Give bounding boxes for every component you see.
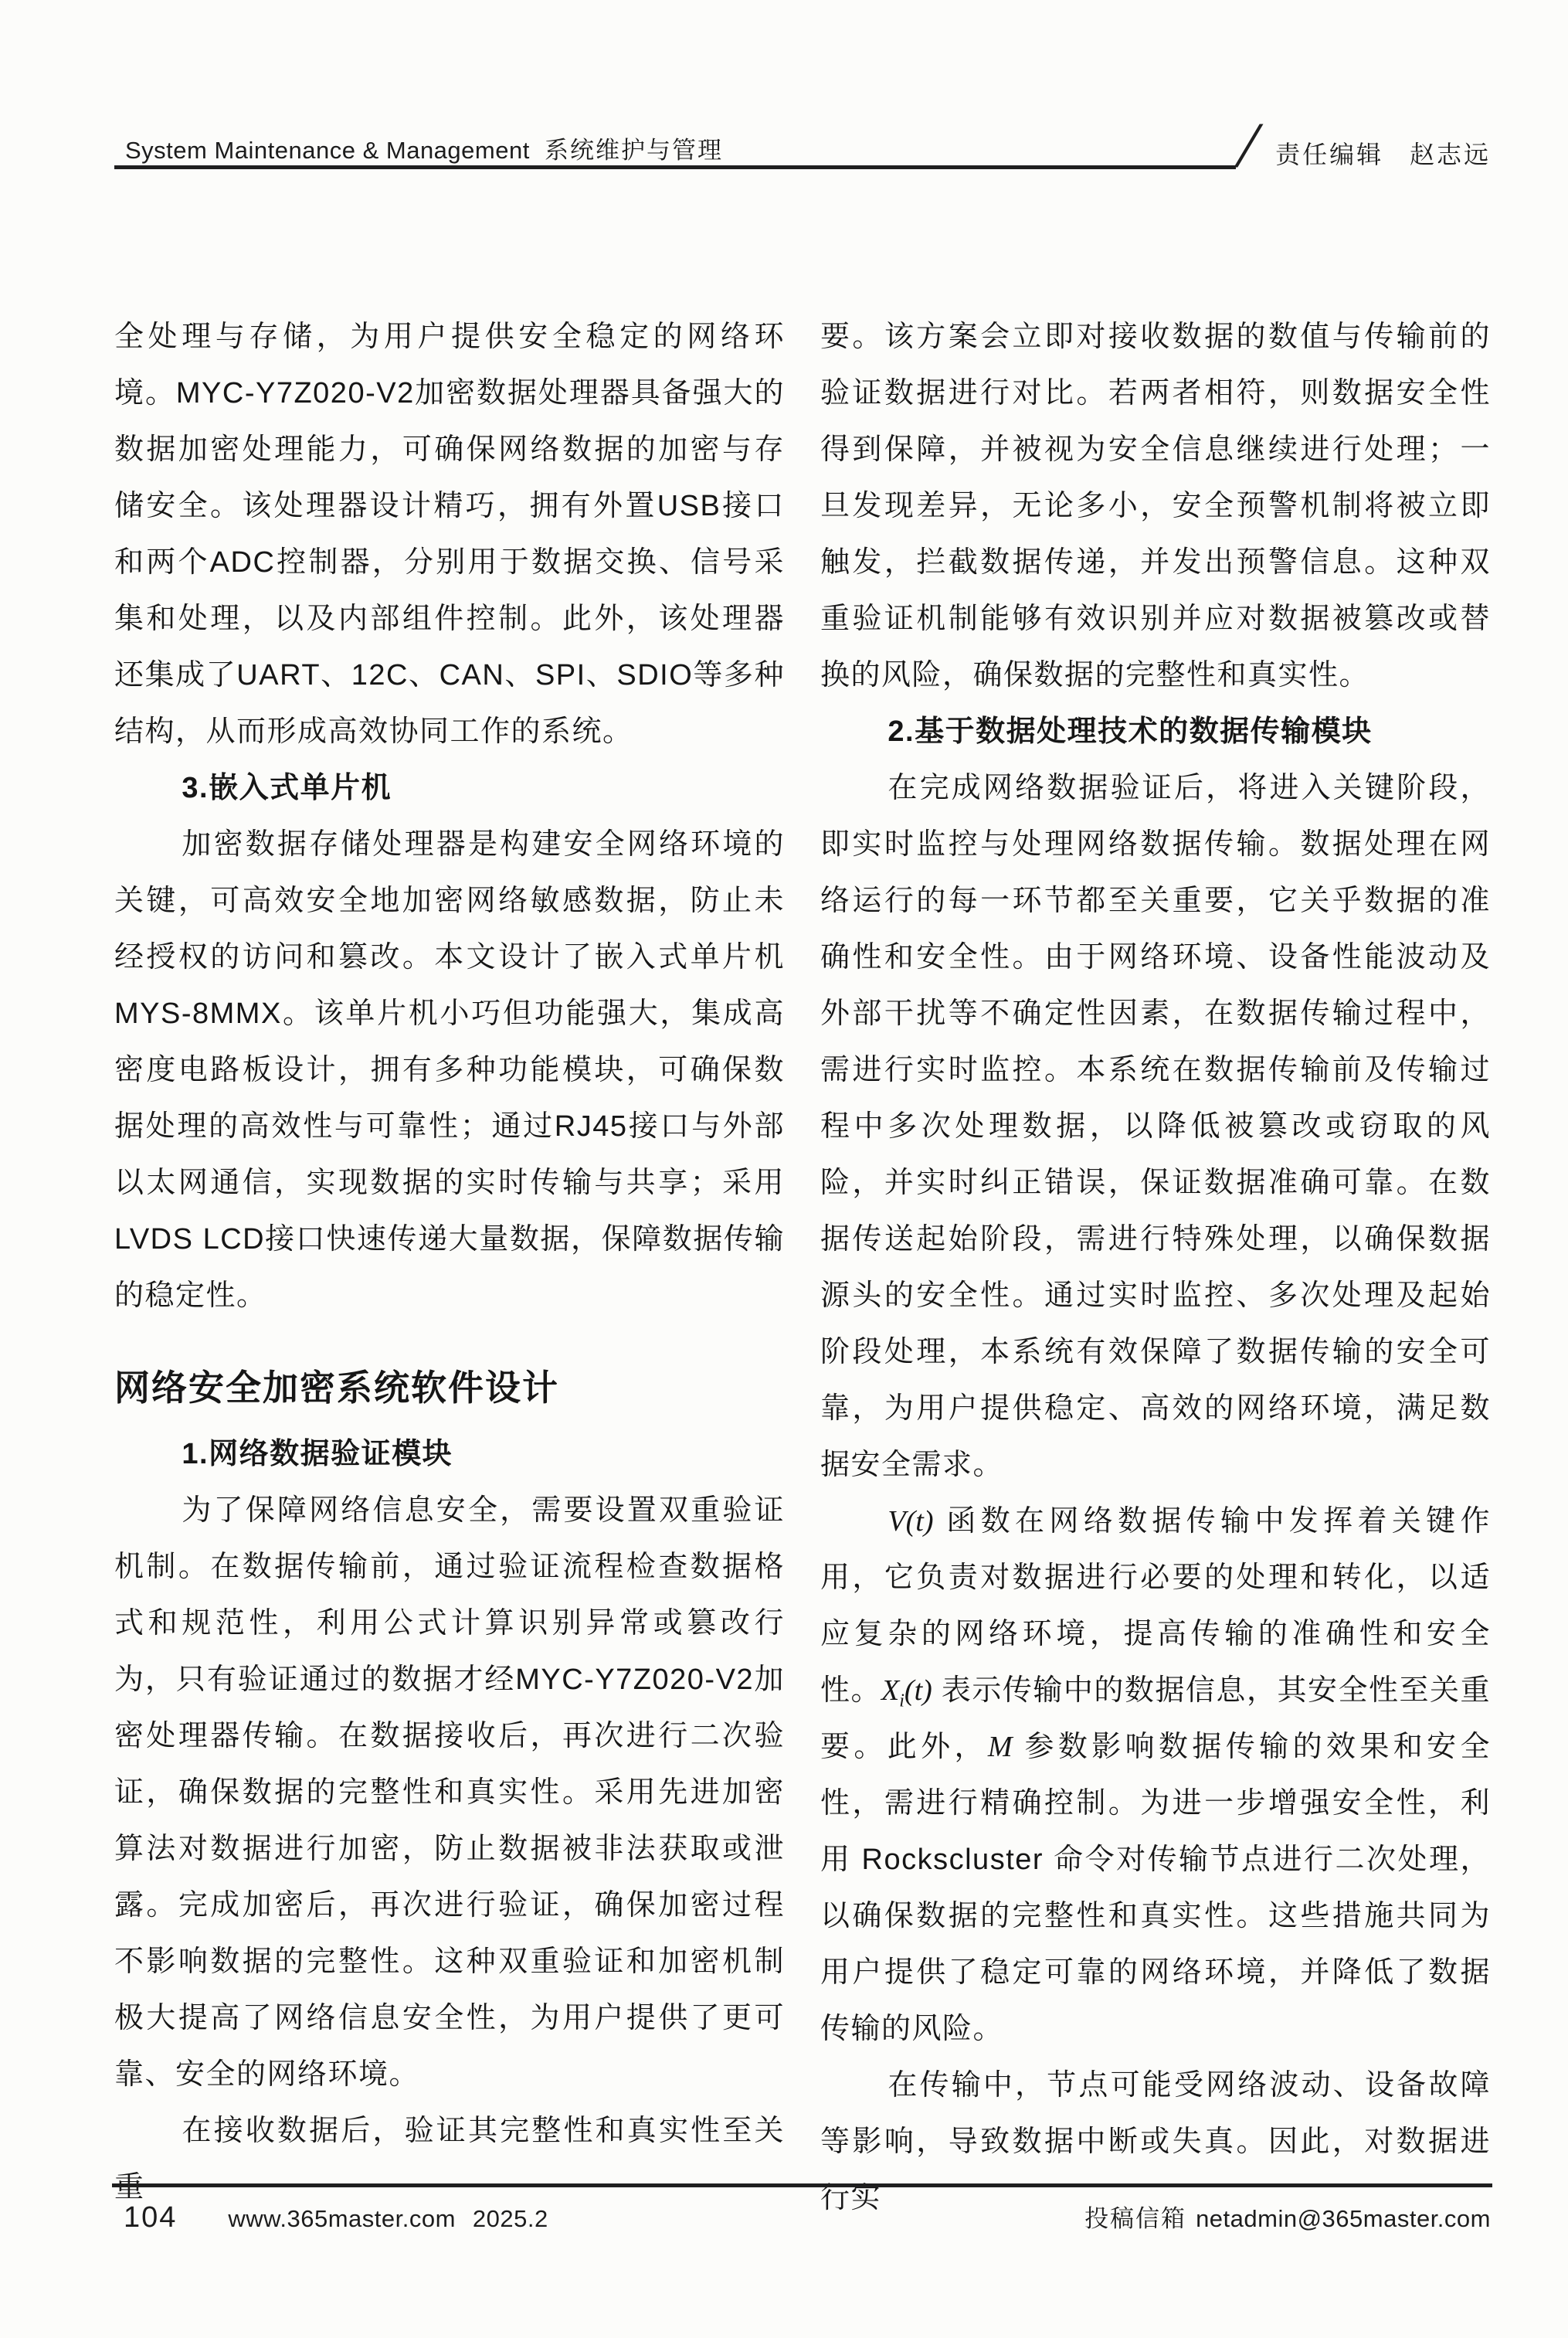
paragraph: 为了保障网络信息安全，需要设置双重验证机制。在数据传输前，通过验证流程检查数据格… — [114, 1483, 785, 2103]
header-title-cn: 系统维护与管理 — [545, 137, 723, 164]
paragraph: 加密数据存储处理器是构建安全网络环境的关键，可高效安全地加密网络敏感数据，防止未… — [114, 817, 785, 1324]
math-run: X — [881, 1674, 899, 1707]
header-rule — [114, 165, 1236, 169]
column-right: 要。该方案会立即对接收数据的数值与传输前的验证数据进行对比。若两者相符，则数据安… — [820, 309, 1491, 2227]
column-left: 全处理与存储，为用户提供安全稳定的网络环境。MYC-Y7Z020-V2加密数据处… — [114, 309, 785, 2227]
text-run: 为了保障网络信息安全，需要设置双重验证机制。在数据传输前，通过验证流程检查数据格… — [114, 1494, 785, 2091]
paragraph: 全处理与存储，为用户提供安全稳定的网络环境。MYC-Y7Z020-V2加密数据处… — [114, 309, 785, 760]
text-run: 加密数据存储处理器是构建安全网络环境的关键，可高效安全地加密网络敏感数据，防止未… — [114, 828, 785, 1312]
math-run: i — [899, 1691, 904, 1711]
site-url: www.365master.com — [228, 2205, 456, 2233]
text-run: 网络安全加密系统软件设计 — [114, 1368, 559, 1408]
issue-date: 2025.2 — [473, 2205, 548, 2233]
text-run: 在完成网络数据验证后，将进入关键阶段，即实时监控与处理网络数据传输。数据处理在网… — [820, 772, 1491, 1481]
editor-credit: 责任编辑 赵志远 — [1275, 141, 1491, 168]
footer-rule — [112, 2183, 1492, 2187]
text-run: 参数影响数据传输的效果和安全性，需进行精确控制。为进一步增强安全性，利用 Roc… — [820, 1731, 1491, 2045]
header-title: System Maintenance & Management 系统维护与管理 — [125, 138, 723, 164]
text-run: 1.网络数据验证模块 — [182, 1438, 453, 1470]
sub-heading: 3.嵌入式单片机 — [114, 760, 785, 817]
footer: 104 www.365master.com 2025.2 投稿信箱 netadm… — [124, 2199, 1491, 2234]
mailbox: 投稿信箱 netadmin@365master.com — [1084, 2199, 1491, 2234]
magazine-page-scan: System Maintenance & Management 系统维护与管理 … — [0, 0, 1568, 2338]
editor-label: 责任编辑 — [1275, 141, 1383, 168]
slash-divider: ╱ — [1236, 124, 1261, 170]
text-run: 在接收数据后，验证其完整性和真实性至关重 — [114, 2115, 785, 2204]
sub-heading: 2.基于数据处理技术的数据传输模块 — [820, 704, 1491, 760]
page-number: 104 — [124, 2201, 177, 2234]
sub-heading: 1.网络数据验证模块 — [114, 1426, 785, 1483]
header-title-en: System Maintenance & Management — [125, 137, 530, 164]
text-run: 3.嵌入式单片机 — [182, 772, 392, 804]
math-run: V(t) — [888, 1505, 933, 1538]
editor-name: 赵志远 — [1410, 141, 1491, 168]
text-run: 全处理与存储，为用户提供安全稳定的网络环境。MYC-Y7Z020-V2加密数据处… — [114, 321, 785, 748]
math-run: (t) — [904, 1674, 932, 1707]
text-run: 要。该方案会立即对接收数据的数值与传输前的验证数据进行对比。若两者相符，则数据安… — [820, 321, 1491, 692]
section-heading: 网络安全加密系统软件设计 — [114, 1355, 785, 1420]
paragraph: 在完成网络数据验证后，将进入关键阶段，即实时监控与处理网络数据传输。数据处理在网… — [820, 760, 1491, 1494]
article-body: 全处理与存储，为用户提供安全稳定的网络环境。MYC-Y7Z020-V2加密数据处… — [114, 309, 1491, 2227]
text-run: 在传输中，节点可能受网络波动、设备故障等影响，导致数据中断或失真。因此，对数据进… — [820, 2069, 1491, 2214]
mailbox-label: 投稿信箱 — [1084, 2199, 1186, 2234]
math-run: M — [988, 1731, 1013, 1763]
mailbox-email: netadmin@365master.com — [1196, 2205, 1491, 2233]
text-run: 2.基于数据处理技术的数据传输模块 — [888, 715, 1372, 748]
paragraph: V(t) 函数在网络数据传输中发挥着关键作用，它负责对数据进行必要的处理和转化，… — [820, 1494, 1491, 2058]
paragraph: 要。该方案会立即对接收数据的数值与传输前的验证数据进行对比。若两者相符，则数据安… — [820, 309, 1491, 704]
